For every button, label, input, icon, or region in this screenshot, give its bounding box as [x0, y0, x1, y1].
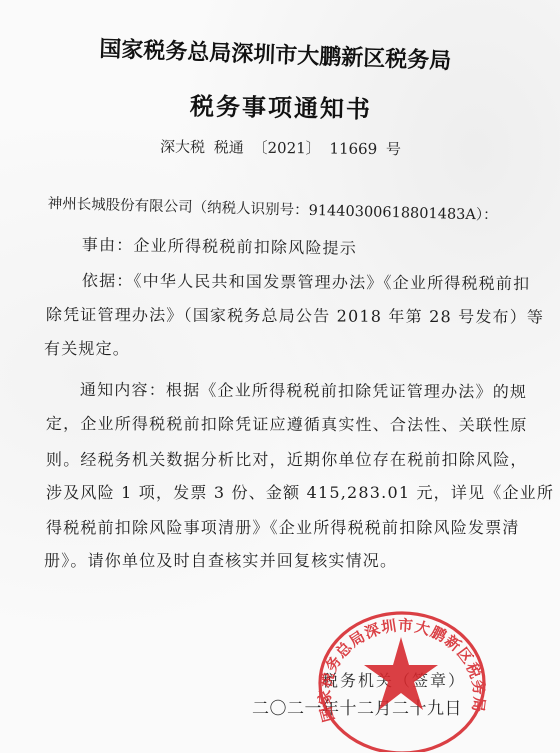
content-line-1: 通知内容：根据《企业所得税税前扣除凭证管理办法》的规: [80, 377, 527, 402]
reason-line: 事由：企业所得税税前扣除风险提示: [82, 232, 357, 259]
content-line-5: 得税税前扣除风险事项清册》《企业所得税税前扣除风险发票清: [46, 515, 520, 538]
basis-line-2: 除凭证管理办法》（国家税务总局公告 2018 年第 28 号发布）等: [46, 302, 544, 328]
document-title: 税务事项通知书: [190, 86, 373, 124]
basis-line-3: 有关规定。: [44, 336, 130, 359]
document-number: 深大税 税通 〔2021〕 11669 号: [160, 136, 401, 160]
content-line-3: 则。经税务机关数据分析比对，近期你单位存在税前扣除风险，: [46, 447, 528, 470]
content-line-2: 定，企业所得税税前扣除凭证应遵循真实性、合法性、关联性原: [46, 411, 528, 436]
content-line-4: 涉及风险 1 项，发票 3 份、金额 415,283.01 元，详见《企业所: [46, 480, 554, 503]
issuer-heading: 国家税务总局深圳市大鹏新区税务局: [99, 32, 470, 76]
basis-line-1: 依据：《中华人民共和国发票管理办法》《企业所得税税前扣: [82, 268, 531, 294]
scanned-document-page: 国家税务总局深圳市大鹏新区税务局 税务事项通知书 深大税 税通 〔2021〕 1…: [0, 0, 560, 753]
signature-label: 税务机关（签章）: [322, 668, 466, 691]
content-line-6: 册》。请你单位及时自查核实并回复核实情况。: [44, 548, 397, 571]
addressee-line: 神州长城股份有限公司（纳税人识别号：91440300618801483A）：: [47, 192, 497, 225]
issue-date: 二〇二一年十二月二十九日: [252, 694, 462, 719]
